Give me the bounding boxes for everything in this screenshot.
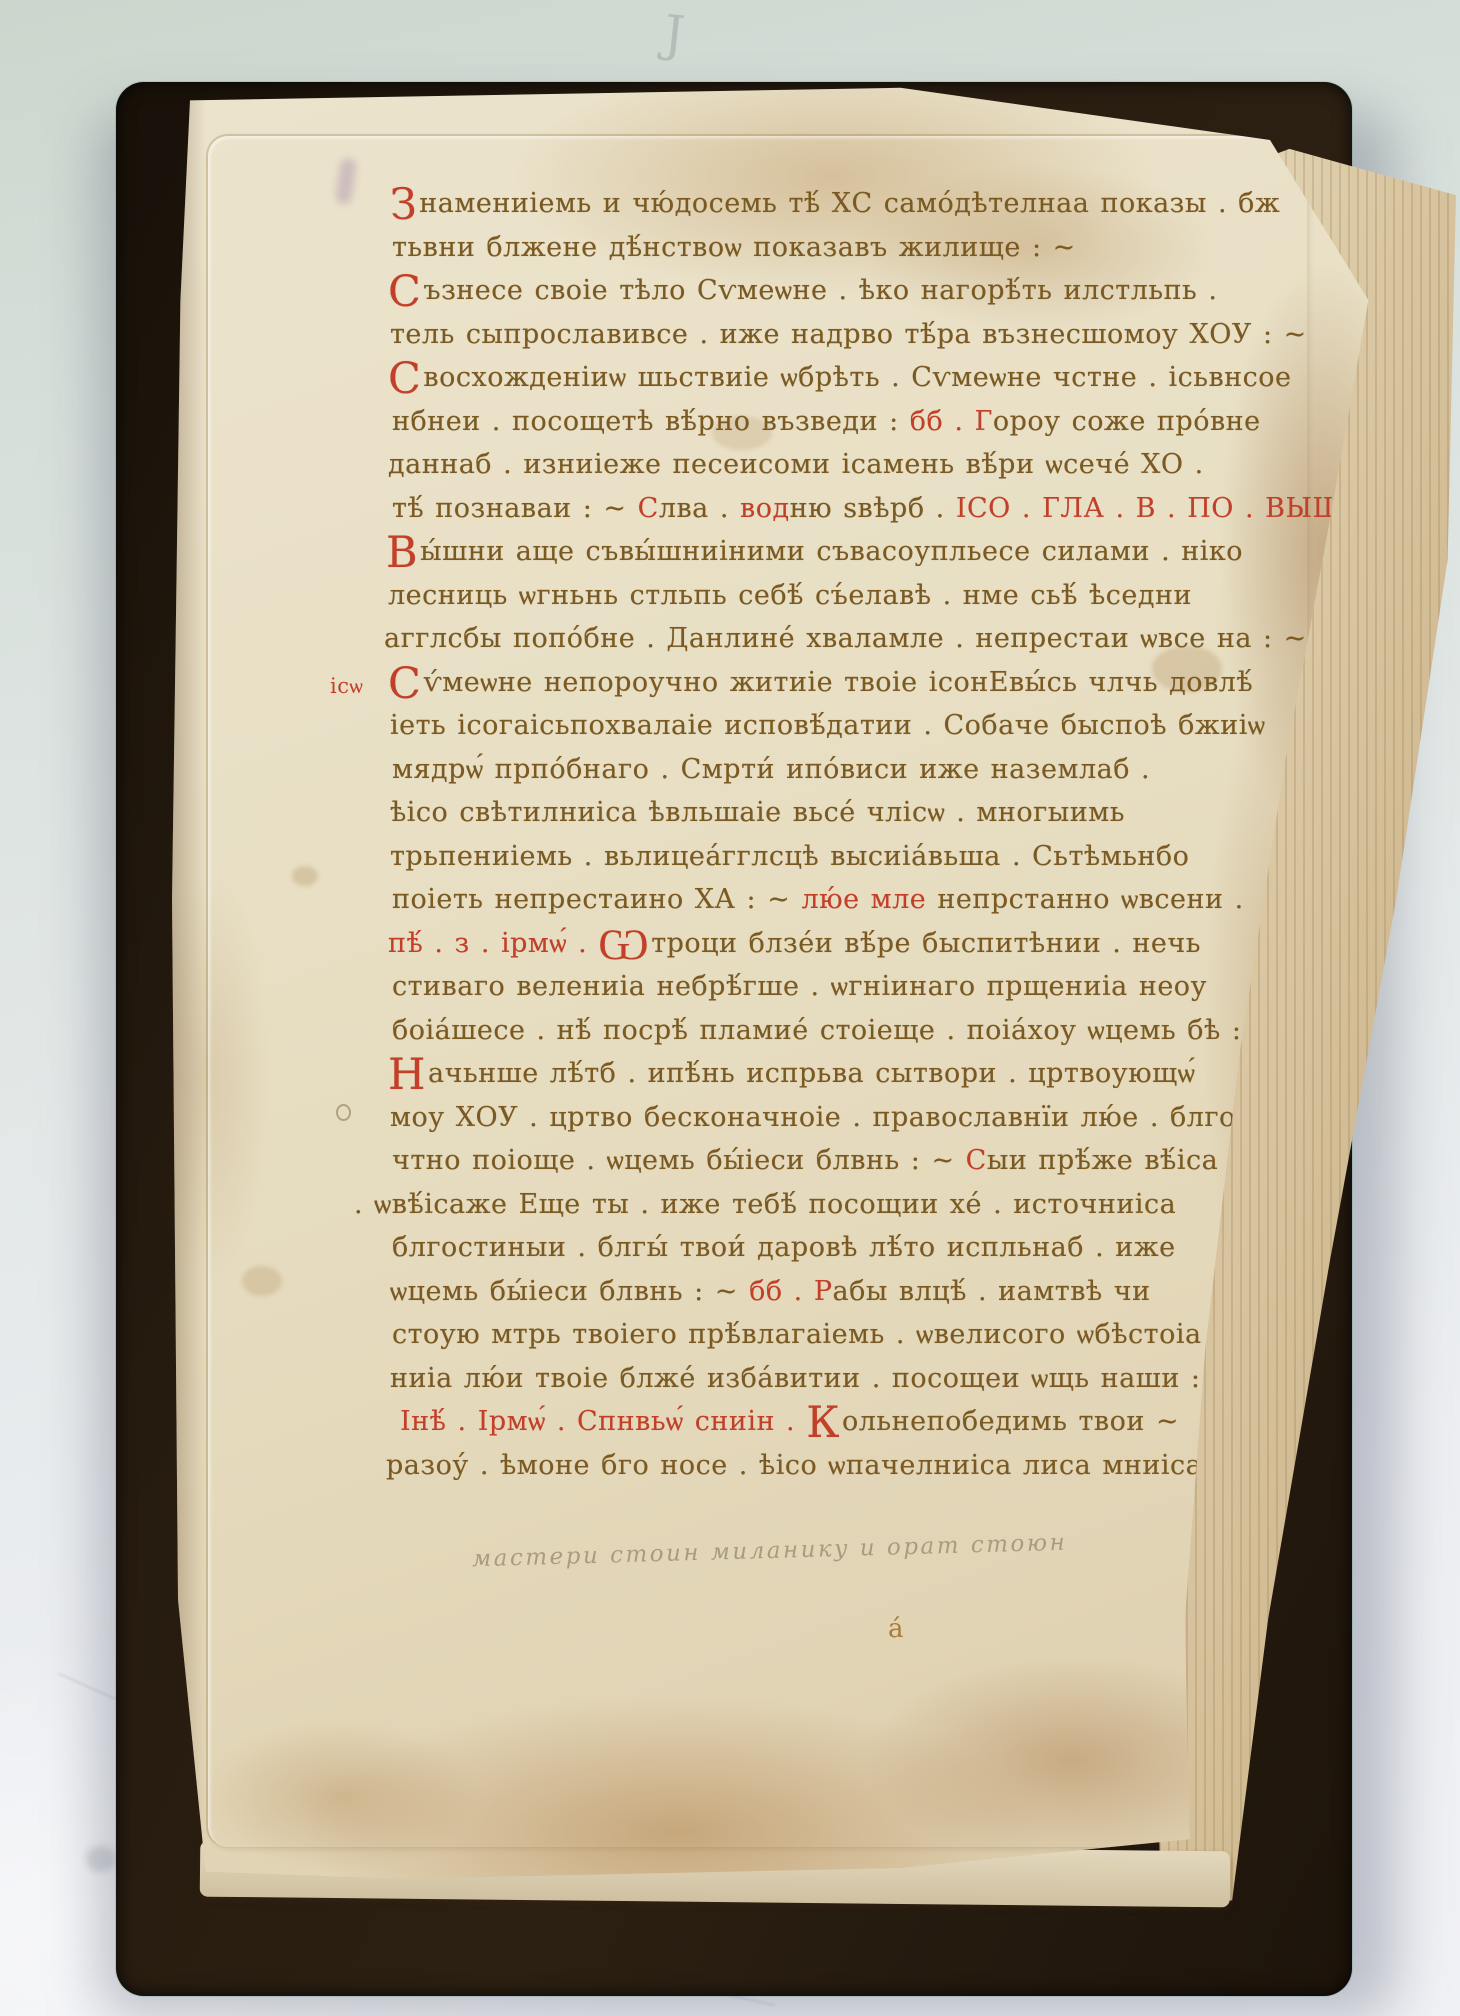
manuscript-line: поіеть непрестаино ХА : ~ лю́е мле непрс… xyxy=(392,878,1388,922)
text-segment: С xyxy=(966,1145,987,1176)
text-segment: поіеть непрестаино ХА : ~ xyxy=(392,884,801,915)
manuscript-line: боіа́шесе . нѣ́ посрѣ́ пламие́ стоіеще .… xyxy=(392,1009,1388,1053)
text-segment: стиваго велениіа небрѣ́гше . ѡгніинаго п… xyxy=(392,971,1207,1002)
manuscript-line: агглсбы попо́бне . Данлине́ хваламле . н… xyxy=(384,617,1388,661)
manuscript-line: Вы́шни аще съвы́шниіними съвасоупльесе с… xyxy=(386,530,1388,574)
manuscript-line: іеть ісогаісьпохвалаіе исповѣ́датии . Со… xyxy=(390,704,1388,748)
text-segment: ороу соже про́вне xyxy=(993,406,1261,437)
manuscript-line: лесниць ѡгньнь стльпь себѣ́ съ́елавѣ . н… xyxy=(388,574,1388,618)
text-segment: С xyxy=(638,493,659,524)
rubric-initial: Н xyxy=(388,1050,426,1100)
text-segment: абы влцѣ́ . иамтвѣ чи xyxy=(833,1276,1151,1307)
rubric-initial: С xyxy=(388,354,421,404)
manuscript-line: даннаб . изниіеже песеисоми ісамень вѣ́р… xyxy=(388,443,1388,487)
manuscript-line: пѣ́ . з . ірмѡ́ . Ѡтроци блзе́и вѣ́ре бы… xyxy=(388,922,1388,966)
rubric-initial: Ѡ xyxy=(598,920,649,970)
text-segment: лю́е мле xyxy=(801,884,926,915)
text-segment: восхожденіиѡ шьствиіе ѡбрѣть . Сѵмеѡне ч… xyxy=(423,362,1291,393)
manuscript-line: Свосхожденіиѡ шьствиіе ѡбрѣть . Сѵмеѡне … xyxy=(388,356,1388,400)
text-segment: ѵ́меѡне непороучно житиіе твоіе ісонЕвы́… xyxy=(423,667,1253,698)
stain-spot xyxy=(292,866,318,886)
text-segment: ачьнше лѣ́тб . ипѣ́нь испрьва сытвори . … xyxy=(428,1058,1195,1089)
text-segment: блгостиныи . блгы́ твои́ даровѣ лѣ́то ис… xyxy=(392,1232,1176,1263)
text-segment: разоу́ . ѣмоне бго носе . ѣісо ѡпачелниі… xyxy=(386,1450,1222,1481)
text-segment: троци блзе́и вѣ́ре быспитѣнии . нечь xyxy=(651,928,1201,959)
text-segment: агглсбы попо́бне . Данлине́ хваламле . н… xyxy=(384,623,1307,654)
manuscript-line: Знамениіемь и чю́досемь тѣ́ ХС само́дѣте… xyxy=(390,182,1388,226)
stain-spot xyxy=(242,1266,282,1296)
text-segment: намениіемь и чю́досемь тѣ́ ХС само́дѣтел… xyxy=(419,188,1280,219)
text-segment: лесниць ѡгньнь стльпь себѣ́ съ́елавѣ . н… xyxy=(388,580,1192,611)
margin-mark xyxy=(336,1104,351,1121)
quire-signature: а́ xyxy=(888,1614,904,1644)
manuscript-line: тѣ́ познаваи : ~ Слва . водню ѕвѣрб . ІС… xyxy=(392,487,1388,531)
text-segment: моу ХОУ . цртво бесконачноіе . православ… xyxy=(390,1102,1236,1133)
text-segment: Інѣ́ . Ірмѡ́ . Спнвьѡ́ сниін . xyxy=(400,1406,806,1437)
manuscript-line: стиваго велениіа небрѣ́гше . ѡгніинаго п… xyxy=(392,965,1388,1009)
text-segment: ѣісо свѣтилниіса ѣвльшаіе вьсе́ члісѡ . … xyxy=(390,797,1125,828)
manuscript-line: нбнеи . посощетѣ вѣ́рно възведи : бб . Г… xyxy=(392,400,1388,444)
text-segment: непрстанно ѡвсени . xyxy=(926,884,1243,915)
text-segment: тѣ́ познаваи : ~ xyxy=(392,493,638,524)
manuscript-line: ѣісо свѣтилниіса ѣвльшаіе вьсе́ члісѡ . … xyxy=(390,791,1388,835)
text-segment: ѡцемь бы́іеси блвнь : ~ xyxy=(390,1276,749,1307)
text-segment: ы́шни аще съвы́шниіними съвасоупльесе си… xyxy=(420,536,1243,567)
text-segment: вод xyxy=(740,493,790,524)
text-segment: тель сыпрославивсе . иже надрво тѣ́ра въ… xyxy=(390,319,1307,350)
text-segment: чтно поіоще . ѡцемь бы́іеси блвнь : ~ xyxy=(392,1145,966,1176)
text-segment: даннаб . изниіеже песеисоми ісамень вѣ́р… xyxy=(388,449,1204,480)
manuscript-line: тель сыпрославивсе . иже надрво тѣ́ра въ… xyxy=(390,313,1388,357)
margin-rubric: ісѡ xyxy=(330,665,363,709)
manuscript-line: ісѡСѵ́меѡне непороучно житиіе твоіе ісон… xyxy=(388,661,1388,705)
photograph-scene: J Знамениіемь и чю́досемь тѣ́ ХС само́дѣ… xyxy=(0,0,1460,2016)
text-segment: ыи прѣ́же вѣ́іса . xyxy=(987,1145,1239,1176)
text-segment: іеть ісогаісьпохвалаіе исповѣ́датии . Со… xyxy=(390,710,1266,741)
text-segment: боіа́шесе . нѣ́ посрѣ́ пламие́ стоіеще .… xyxy=(392,1015,1276,1046)
manuscript-line: тьвни блжене дѣ́нствоѡ показавъ жилище :… xyxy=(392,226,1388,270)
text-segment: . ѡвѣ́ісаже Еще ты . иже тебѣ́ посощии х… xyxy=(354,1189,1176,1220)
text-segment: стоую мтрь твоіего прѣ́влагаіемь . ѡвели… xyxy=(392,1319,1202,1350)
text-segment: ниіа лю́и твоіе блже́ изба́витии . посощ… xyxy=(390,1363,1235,1394)
text-segment: лва . xyxy=(659,493,740,524)
text-segment: ню ѕвѣрб . xyxy=(790,493,956,524)
rubric-initial: С xyxy=(388,659,421,709)
text-segment: мядрѡ́ прпо́бнаго . Смрти́ ипо́виси иже … xyxy=(392,754,1150,785)
text-segment: ъзнесе своіе тѣло Сѵмеѡне . ѣко нагорѣ́т… xyxy=(423,275,1217,306)
manuscript-line: трьпениіемь . вьлицеа́гглсцѣ высиіа́вьша… xyxy=(390,835,1388,879)
rubric-initial: З xyxy=(390,180,417,230)
text-segment: тьвни блжене дѣ́нствоѡ показавъ жилище :… xyxy=(392,232,1076,263)
manuscript-line: Съзнесе своіе тѣло Сѵмеѡне . ѣко нагорѣ́… xyxy=(388,269,1388,313)
text-segment: бб . Р xyxy=(749,1276,832,1307)
text-segment: трьпениіемь . вьлицеа́гглсцѣ высиіа́вьша… xyxy=(390,841,1189,872)
rubric-initial: В xyxy=(386,528,418,578)
rubric-initial: С xyxy=(388,267,421,317)
text-segment: пѣ́ . з . ірмѡ́ . xyxy=(388,928,598,959)
rubric-initial: К xyxy=(806,1398,840,1448)
manuscript-line: мядрѡ́ прпо́бнаго . Смрти́ ипо́виси иже … xyxy=(392,748,1388,792)
text-segment: ольнепобедимь твои ~ xyxy=(842,1406,1179,1437)
text-segment: бб . Г xyxy=(910,406,993,437)
text-segment: нбнеи . посощетѣ вѣ́рно възведи : xyxy=(392,406,910,437)
backdrop-mark: J xyxy=(661,4,707,68)
